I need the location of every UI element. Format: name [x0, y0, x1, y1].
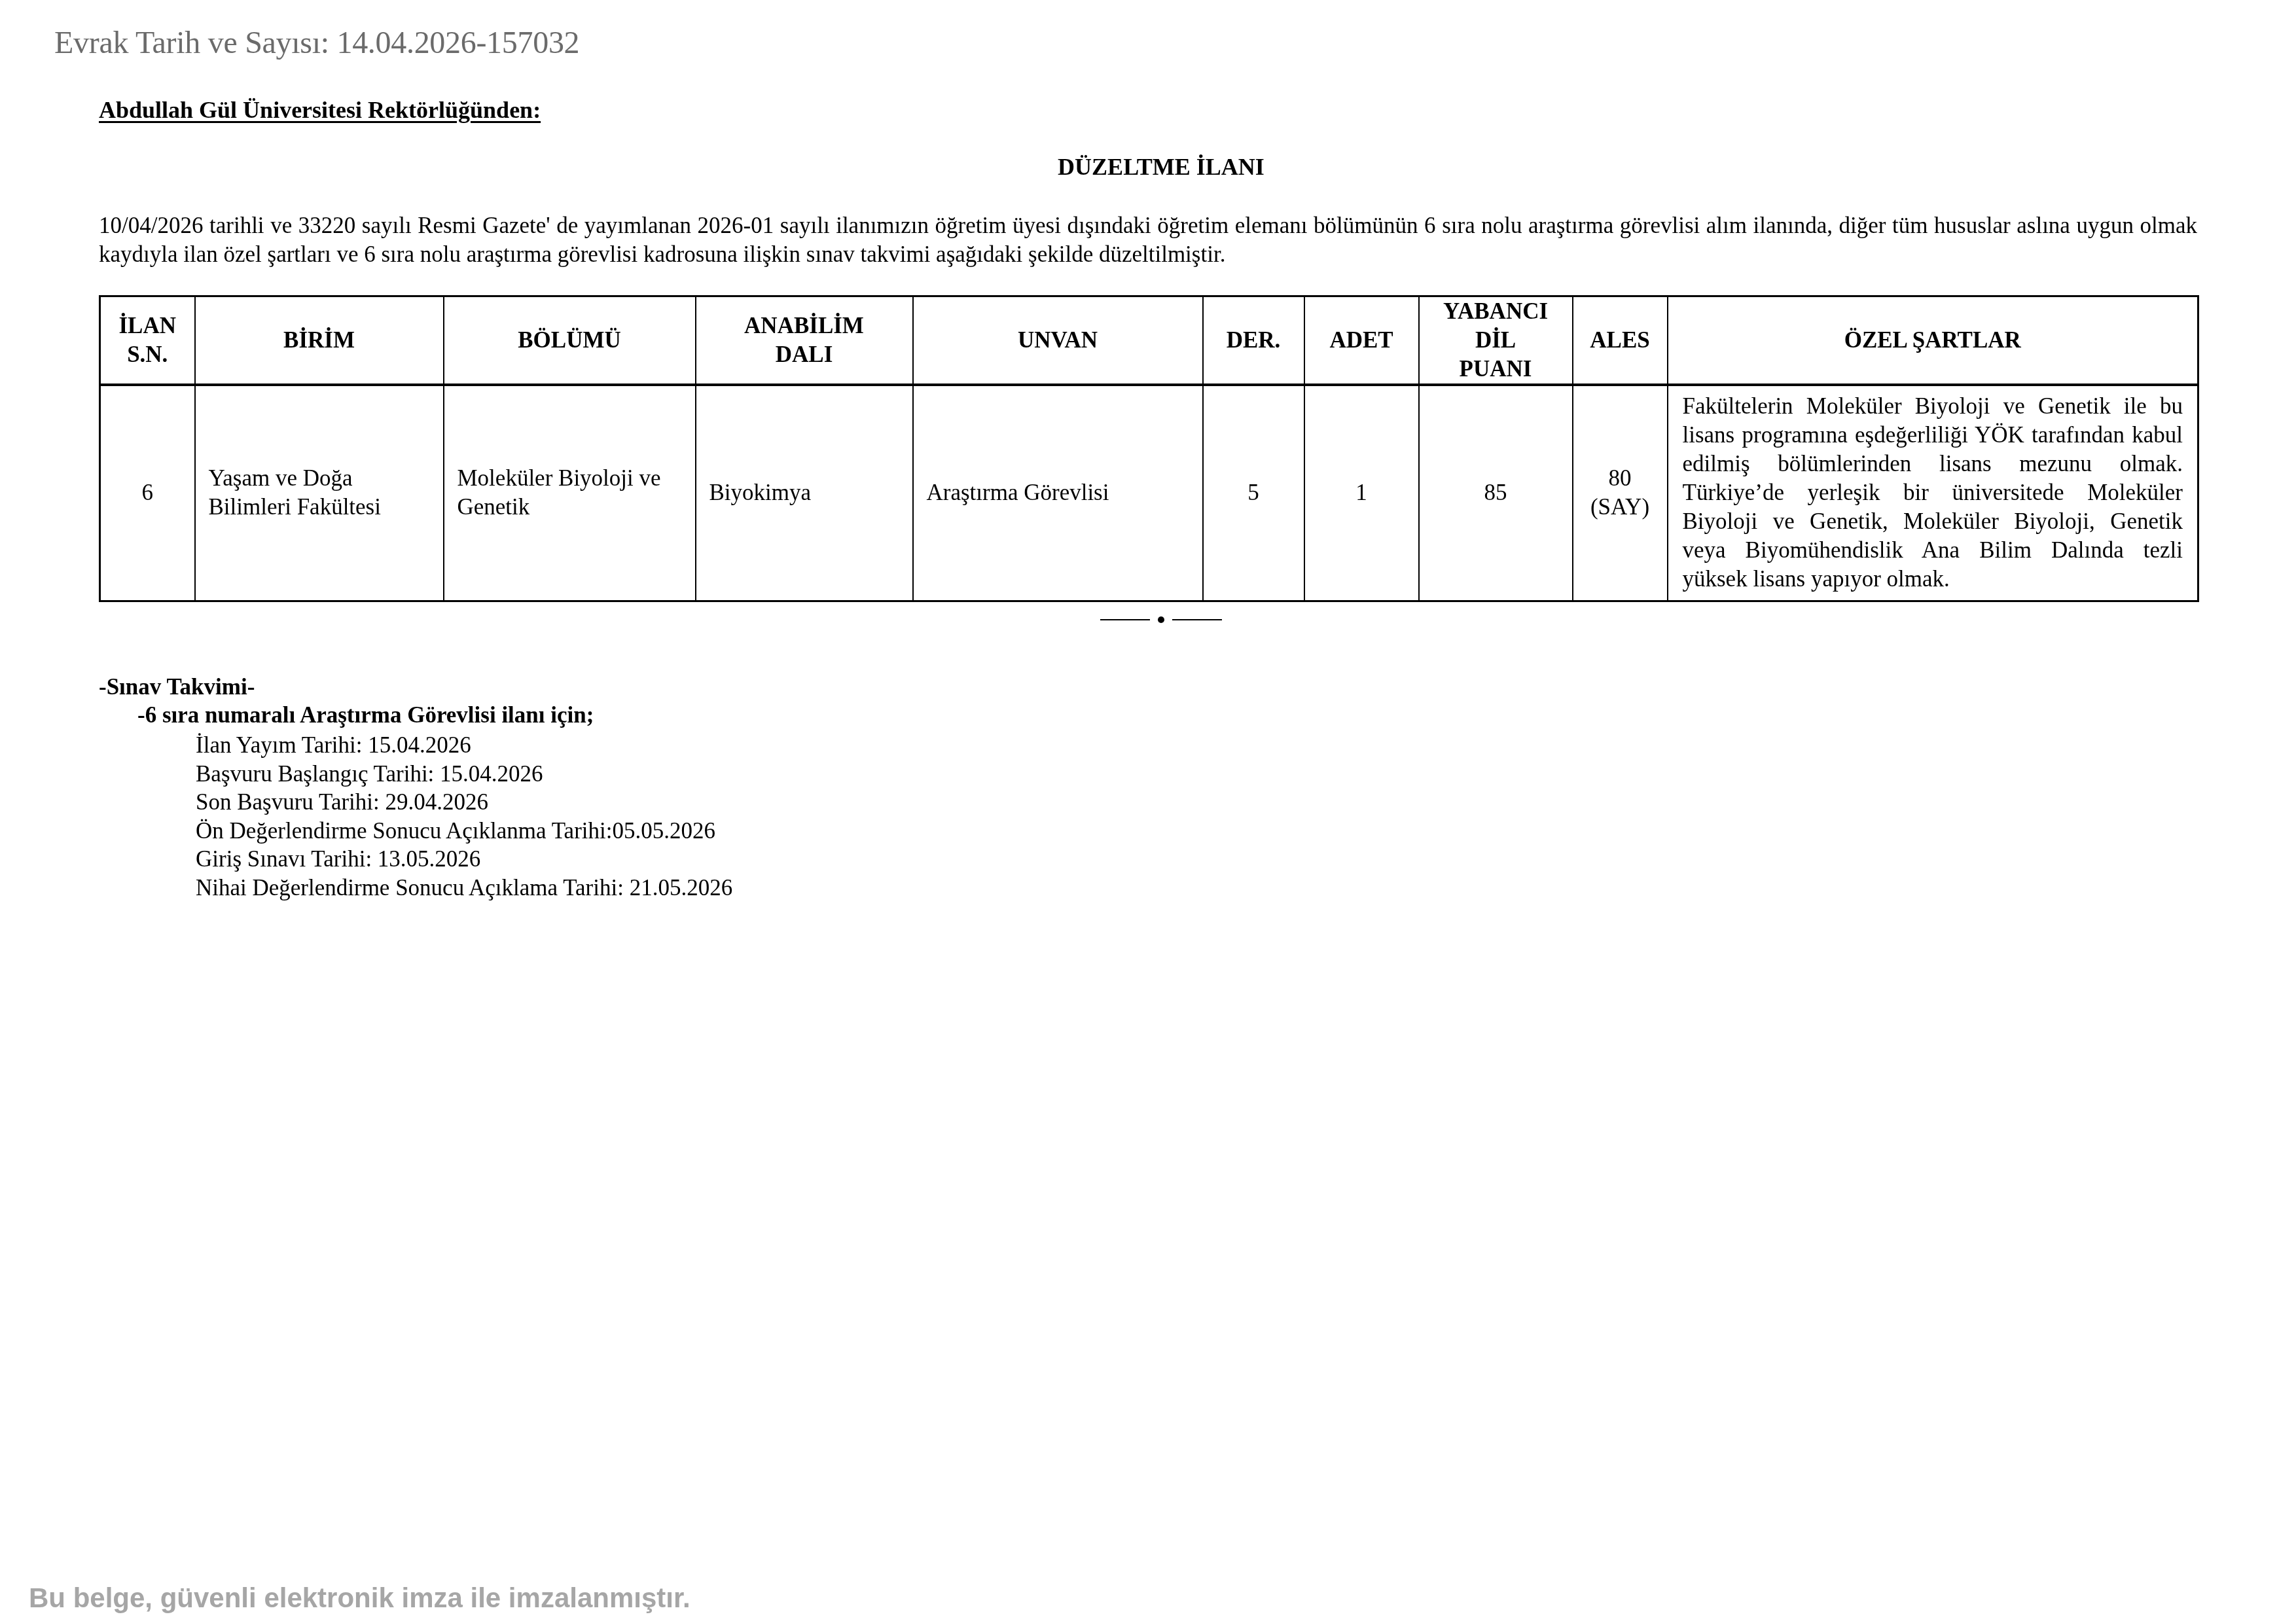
schedule-list: İlan Yayım Tarihi: 15.04.2026 Başvuru Ba…	[196, 731, 732, 902]
col-header-bolumu: BÖLÜMÜ	[444, 296, 696, 385]
cell-yabanci-dil-puani: 85	[1419, 385, 1573, 601]
cell-adet: 1	[1304, 385, 1419, 601]
e-signature-note: Bu belge, güvenli elektronik imza ile im…	[29, 1582, 691, 1614]
intro-paragraph: 10/04/2026 tarihli ve 33220 sayılı Resmi…	[99, 211, 2197, 269]
separator-line-right	[1172, 619, 1222, 620]
schedule-item: Nihai Değerlendirme Sonucu Açıklama Tari…	[196, 874, 732, 902]
cell-ales: 80(SAY)	[1573, 385, 1668, 601]
col-header-yabanci-dil-puani: YABANCIDİLPUANI	[1419, 296, 1573, 385]
separator-dot-icon	[1158, 616, 1164, 623]
cell-ilan-sn: 6	[100, 385, 195, 601]
schedule-heading: -Sınav Takvimi-	[99, 674, 255, 700]
schedule-item: Son Başvuru Tarihi: 29.04.2026	[196, 788, 732, 817]
schedule-item: Giriş Sınavı Tarihi: 13.05.2026	[196, 845, 732, 874]
col-header-anabilim-dali: ANABİLİMDALI	[696, 296, 913, 385]
schedule-item: Başvuru Başlangıç Tarihi: 15.04.2026	[196, 760, 732, 789]
position-table: İLANS.N. BİRİM BÖLÜMÜ ANABİLİMDALI UNVAN…	[99, 295, 2199, 602]
document-reference: Evrak Tarih ve Sayısı: 14.04.2026-157032	[54, 25, 579, 61]
schedule-subheading: -6 sıra numaralı Araştırma Görevlisi ila…	[137, 702, 594, 728]
col-header-unvan: UNVAN	[913, 296, 1203, 385]
separator-line-left	[1100, 619, 1150, 620]
cell-der: 5	[1203, 385, 1304, 601]
col-header-ilan-sn: İLANS.N.	[100, 296, 195, 385]
col-header-adet: ADET	[1304, 296, 1419, 385]
col-header-ales: ALES	[1573, 296, 1668, 385]
cell-birim: Yaşam ve DoğaBilimleri Fakültesi	[195, 385, 444, 601]
col-header-der: DER.	[1203, 296, 1304, 385]
issuing-authority: Abdullah Gül Üniversitesi Rektörlüğünden…	[99, 96, 541, 124]
schedule-item: İlan Yayım Tarihi: 15.04.2026	[196, 731, 732, 760]
col-header-birim: BİRİM	[195, 296, 444, 385]
cell-ozel-sartlar: Fakültelerin Moleküler Biyoloji ve Genet…	[1668, 385, 2198, 601]
cell-anabilim-dali: Biyokimya	[696, 385, 913, 601]
section-separator	[0, 607, 2296, 630]
page-title: DÜZELTME İLANI	[0, 153, 2296, 181]
table-row: 6 Yaşam ve DoğaBilimleri Fakültesi Molek…	[100, 385, 2198, 601]
col-header-ozel-sartlar: ÖZEL ŞARTLAR	[1668, 296, 2198, 385]
cell-bolumu: Moleküler Biyoloji veGenetik	[444, 385, 696, 601]
table-header-row: İLANS.N. BİRİM BÖLÜMÜ ANABİLİMDALI UNVAN…	[100, 296, 2198, 385]
schedule-item: Ön Değerlendirme Sonucu Açıklanma Tarihi…	[196, 817, 732, 846]
cell-unvan: Araştırma Görevlisi	[913, 385, 1203, 601]
